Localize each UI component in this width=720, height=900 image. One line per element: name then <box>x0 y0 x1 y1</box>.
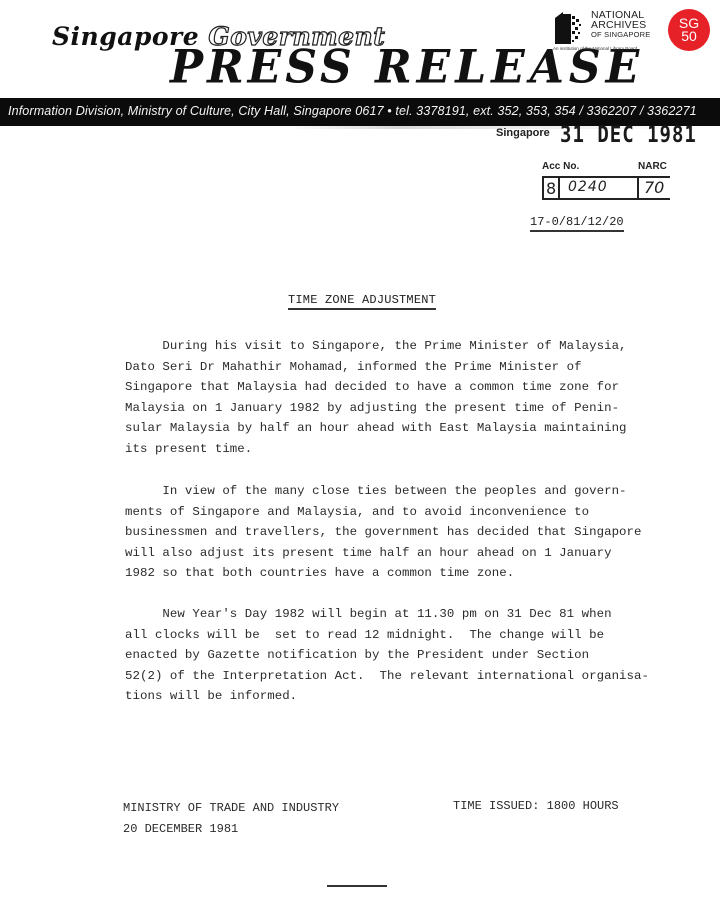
end-rule <box>327 885 387 887</box>
info-bar-text: Information Division, Ministry of Cultur… <box>8 104 697 118</box>
paragraph-2: In view of the many close ties between t… <box>125 481 665 584</box>
accession-box: 8 0240 70 <box>542 176 670 200</box>
narc-value: 70 <box>644 178 664 197</box>
national-archives-logo: NATIONAL ARCHIVES OF SINGAPORE An instit… <box>553 8 663 52</box>
document-title: TIME ZONE ADJUSTMENT <box>288 293 436 310</box>
archives-emblem-icon <box>553 10 585 46</box>
archives-line3: OF SINGAPORE <box>591 30 651 39</box>
narc-label: NARC <box>638 161 667 172</box>
sg50-line2: 50 <box>668 30 710 43</box>
reference-code: 17-0/81/12/20 <box>530 215 624 232</box>
accession-number: 0240 <box>568 179 608 195</box>
accession-prefix: 8 <box>546 179 556 198</box>
paragraph-3: New Year's Day 1982 will begin at 11.30 … <box>125 604 665 707</box>
paragraph-1: During his visit to Singapore, the Prime… <box>125 336 665 460</box>
accession-divider <box>637 178 639 198</box>
sg50-badge: SG 50 <box>668 9 710 51</box>
archives-tagline: An institution of the National Library B… <box>553 46 637 51</box>
time-issued: TIME ISSUED: 1800 HOURS <box>453 799 619 813</box>
masthead-press: PRESS <box>170 41 356 95</box>
accession-divider <box>558 178 560 198</box>
acc-label: Acc No. <box>542 161 579 172</box>
issuer-name: MINISTRY OF TRADE AND INDUSTRY <box>123 798 339 819</box>
archives-wordmark: NATIONAL ARCHIVES OF SINGAPORE <box>591 10 651 39</box>
issuer-block: MINISTRY OF TRADE AND INDUSTRY 20 DECEMB… <box>123 798 339 840</box>
archives-line2: ARCHIVES <box>591 20 651 30</box>
stamp-date: 31 DEC 1981 <box>560 122 697 147</box>
stamp-place: Singapore <box>496 127 550 139</box>
issue-date: 20 DECEMBER 1981 <box>123 819 339 840</box>
